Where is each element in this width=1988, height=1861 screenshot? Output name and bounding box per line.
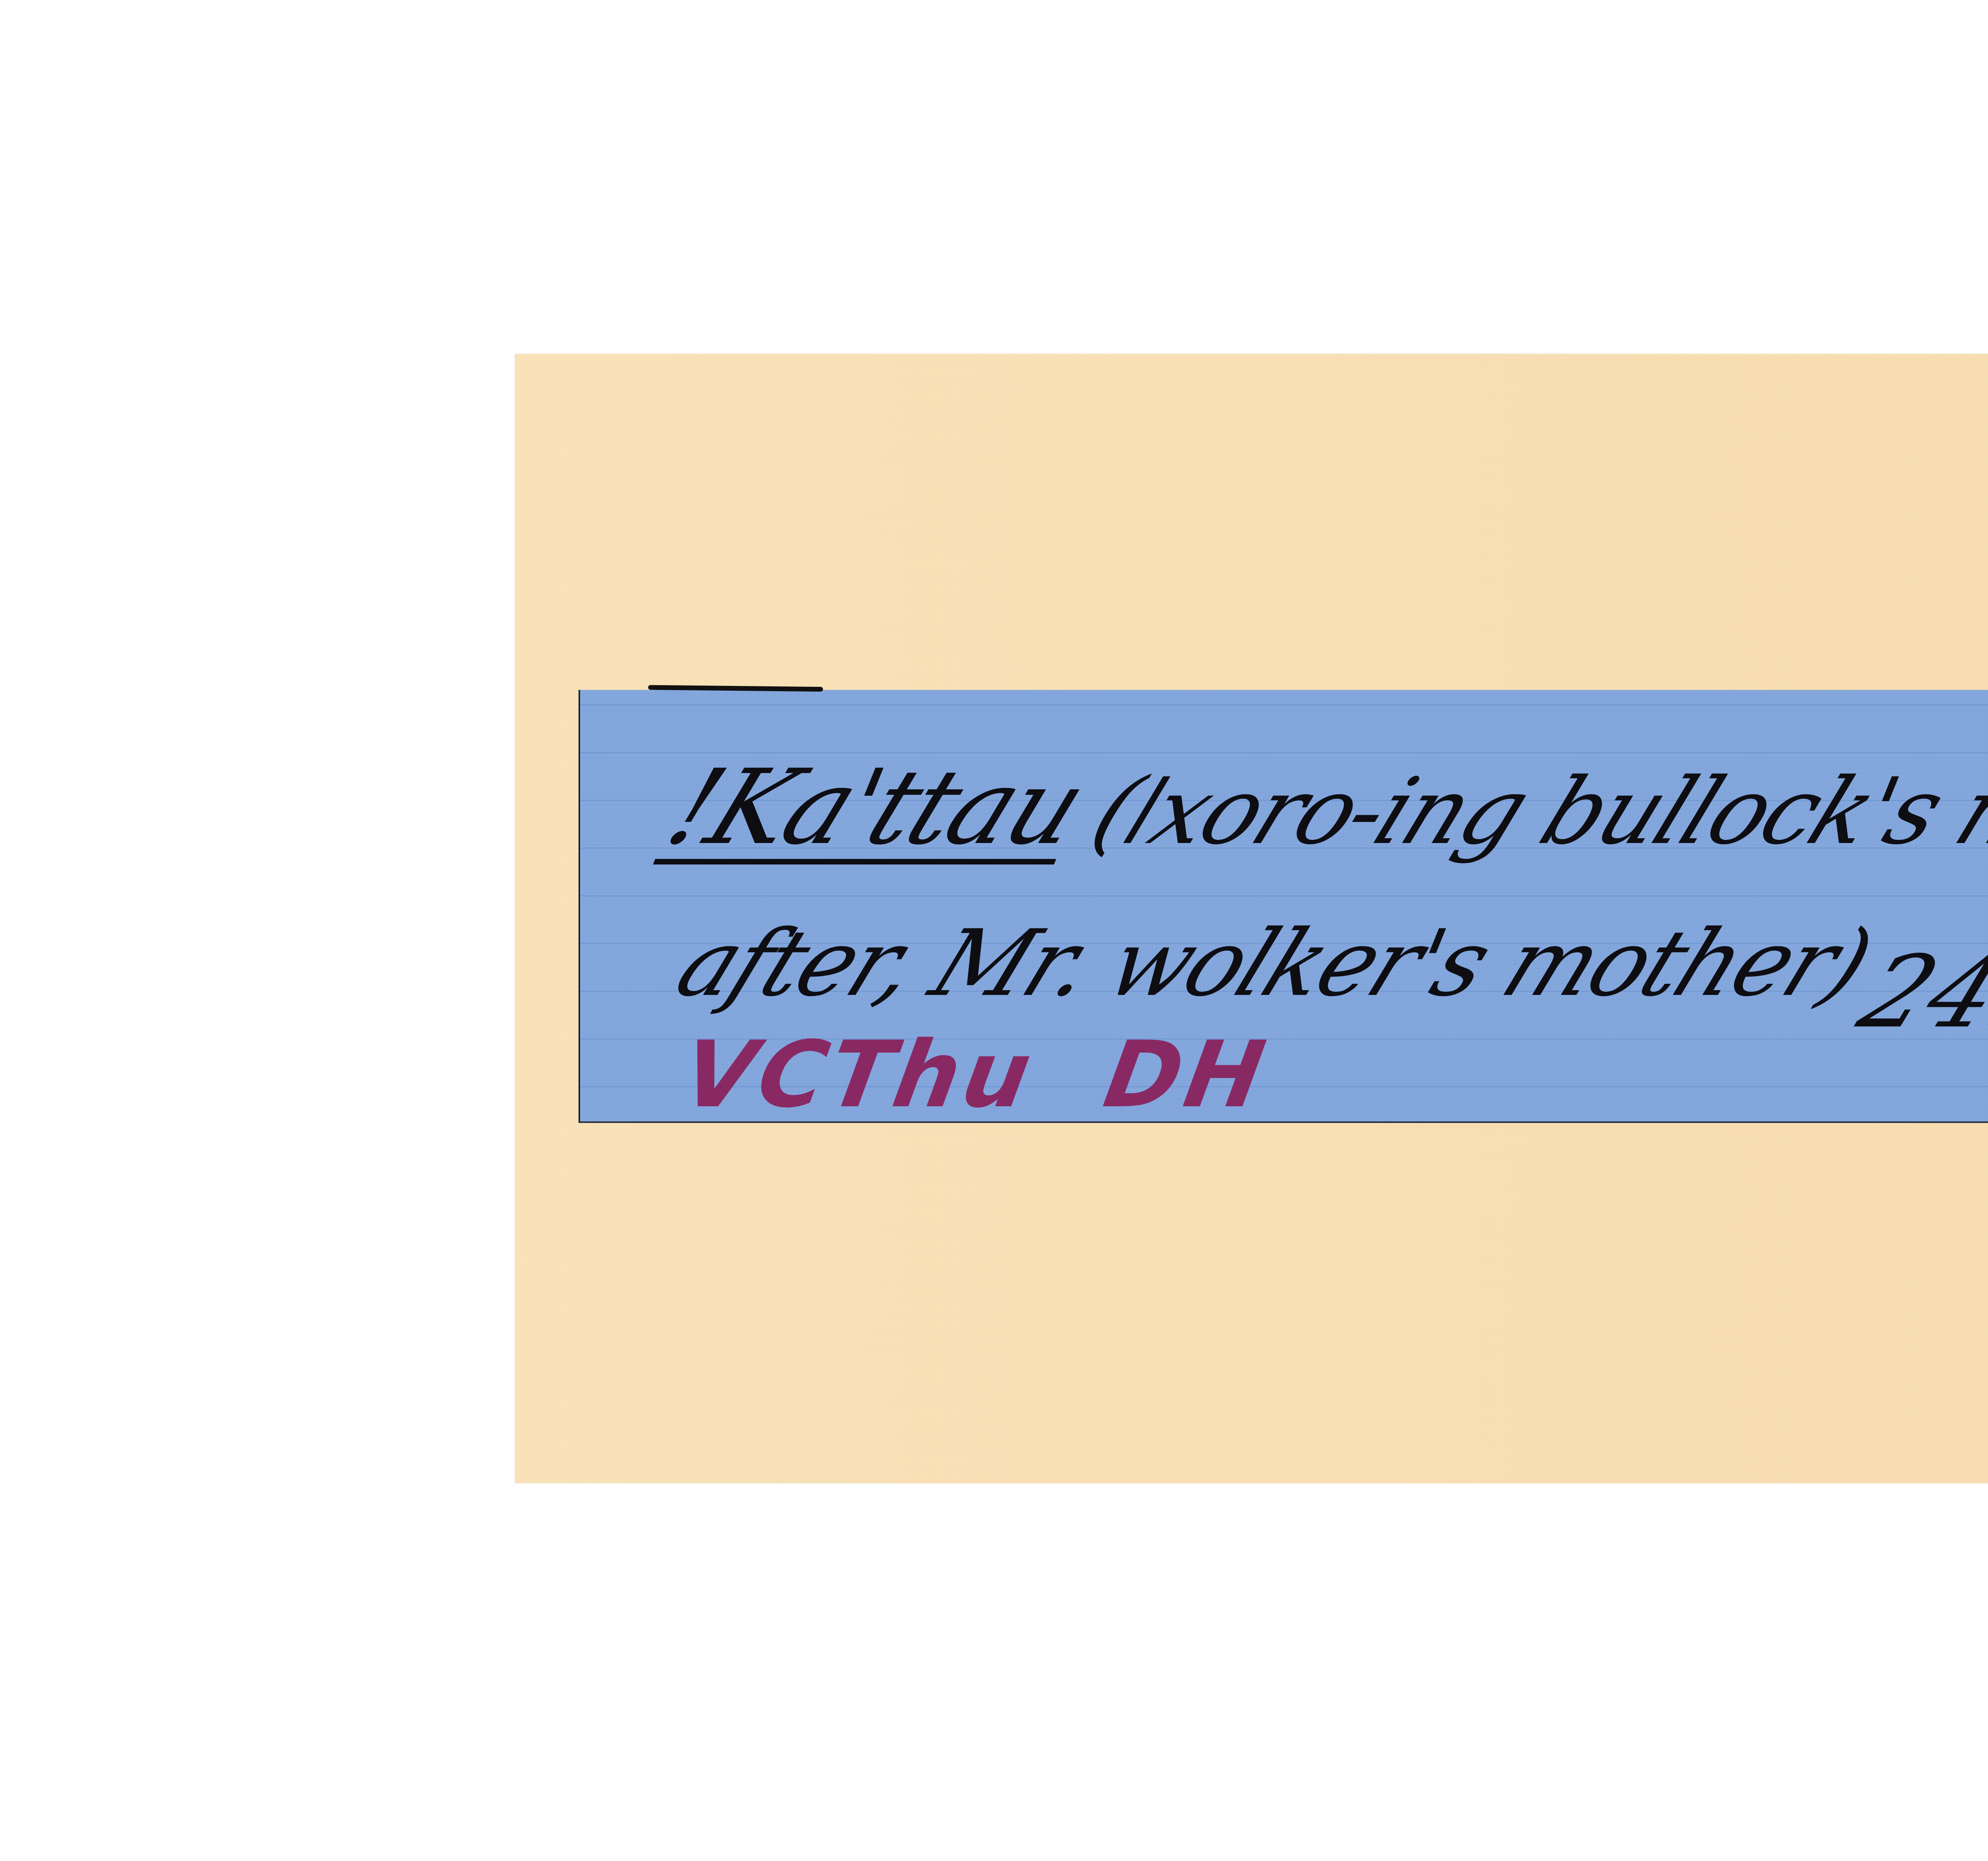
- slip-line-2: after, Mr. wolker's mother): [662, 911, 1885, 1017]
- purple-annotation: VCThuDH: [664, 1022, 1285, 1128]
- annotation-scribble: VCThu: [664, 1022, 1053, 1128]
- gloss-line-1: (ǀxoro-ing bullock's name: [1077, 759, 1988, 865]
- slip-line-1: !Ka'ttau(ǀxoro-ing bullock's name: [652, 748, 1988, 868]
- headword: !Ka'ttau: [652, 748, 1101, 868]
